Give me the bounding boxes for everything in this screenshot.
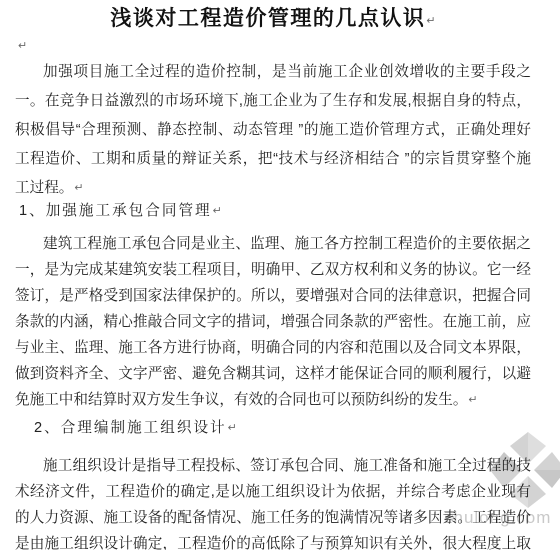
paragraph-mark-icon: ↵ xyxy=(425,15,435,27)
text-line: 术经济文件，工程造价的确定,是以施工组织设计为依据，并综合考虑企业现有 xyxy=(15,479,531,505)
text-line: 免施工中和结算时双方发生争议，有效的合同也可以预防纠纷的发生。↵ xyxy=(15,387,531,413)
document-content: 浅谈对工程造价管理的几点认识↵ ↵ 加强项目施工全过程的造价控制，是当前施工企业… xyxy=(0,0,531,550)
text-line: 签订，是严格受到国家法律保护的。所以，要增强对合同的法律意识，把握合同 xyxy=(15,283,531,309)
section-heading-2: 2、合理编制施工组织设计↵ xyxy=(15,415,531,441)
text-line: 施工组织设计是指导工程投标、签订承包合同、施工准备和施工全过程的技 xyxy=(15,453,531,479)
text-line: 加强项目施工全过程的造价控制，是当前施工企业创效增收的主要手段之 xyxy=(15,58,531,87)
empty-line: ↵ xyxy=(15,36,531,58)
title-text: 浅谈对工程造价管理的几点认识 xyxy=(110,7,425,30)
text-line: 是由施工组织设计确定，工程造价的高低除了与预算知识有关外，很大程度上取 xyxy=(15,531,531,550)
paragraph-mark-icon: ↵ xyxy=(227,422,237,434)
document-title: 浅谈对工程造价管理的几点认识↵ xyxy=(15,4,531,36)
section-heading-1: 1、加强施工承包合同管理↵ xyxy=(15,198,531,224)
text-line: 的人力资源、施工设备的配备情况、施工任务的饱满情况等诸多因素。工程造价 xyxy=(15,505,531,531)
heading-text: 2、合理编制施工组织设计 xyxy=(34,420,227,436)
paragraph-intro: 加强项目施工全过程的造价控制，是当前施工企业创效增收的主要手段之 一。在竞争日益… xyxy=(15,58,531,203)
text-line: 条款的内涵，精心推敲合同文字的措词，增强合同条款的严密性。在施工前，应 xyxy=(15,309,531,335)
paragraph-contract-management: 建筑工程施工承包合同是业主、监理、施工各方控制工程造价的主要依据之 一，是为完成… xyxy=(15,231,531,413)
text-line: 一。在竞争日益激烈的市场环境下,施工企业为了生存和发展,根据自身的特点， xyxy=(15,87,531,116)
line-text: 免施工中和结算时双方发生争议，有效的合同也可以预防纠纷的发生。 xyxy=(15,392,467,408)
line-text: 工过程。 xyxy=(15,180,73,196)
text-line: 建筑工程施工承包合同是业主、监理、施工各方控制工程造价的主要依据之 xyxy=(15,231,531,257)
heading-text: 1、加强施工承包合同管理 xyxy=(19,203,212,219)
text-line: 工程造价、工期和质量的辩证关系，把“技术与经济相结合 ”的宗旨贯穿整个施 xyxy=(15,145,531,174)
text-line: 与业主、监理、施工各方进行协商，明确合同的内容和范围以及合同文本界限， xyxy=(15,335,531,361)
text-line: 积极倡导“合理预测、静态控制、动态管理 ”的施工造价管理方式，正确处理好 xyxy=(15,116,531,145)
text-line: 做到资料齐全、文字严密、避免含糊其词，这样才能保证合同的顺利履行，以避 xyxy=(15,361,531,387)
paragraph-mark-icon: ↵ xyxy=(212,205,222,217)
paragraph-org-design: 施工组织设计是指导工程投标、签订承包合同、施工准备和施工全过程的技 术经济文件，… xyxy=(15,453,531,550)
document-page: zhulong.com 浅谈对工程造价管理的几点认识↵ ↵ 加强项目施工全过程的… xyxy=(0,0,560,550)
paragraph-mark-icon: ↵ xyxy=(17,40,27,52)
paragraph-mark-icon: ↵ xyxy=(73,182,83,194)
paragraph-mark-icon: ↵ xyxy=(467,394,477,406)
text-line: 一，是为完成某建筑安装工程项目，明确甲、乙双方权利和义务的协议。它一经 xyxy=(15,257,531,283)
